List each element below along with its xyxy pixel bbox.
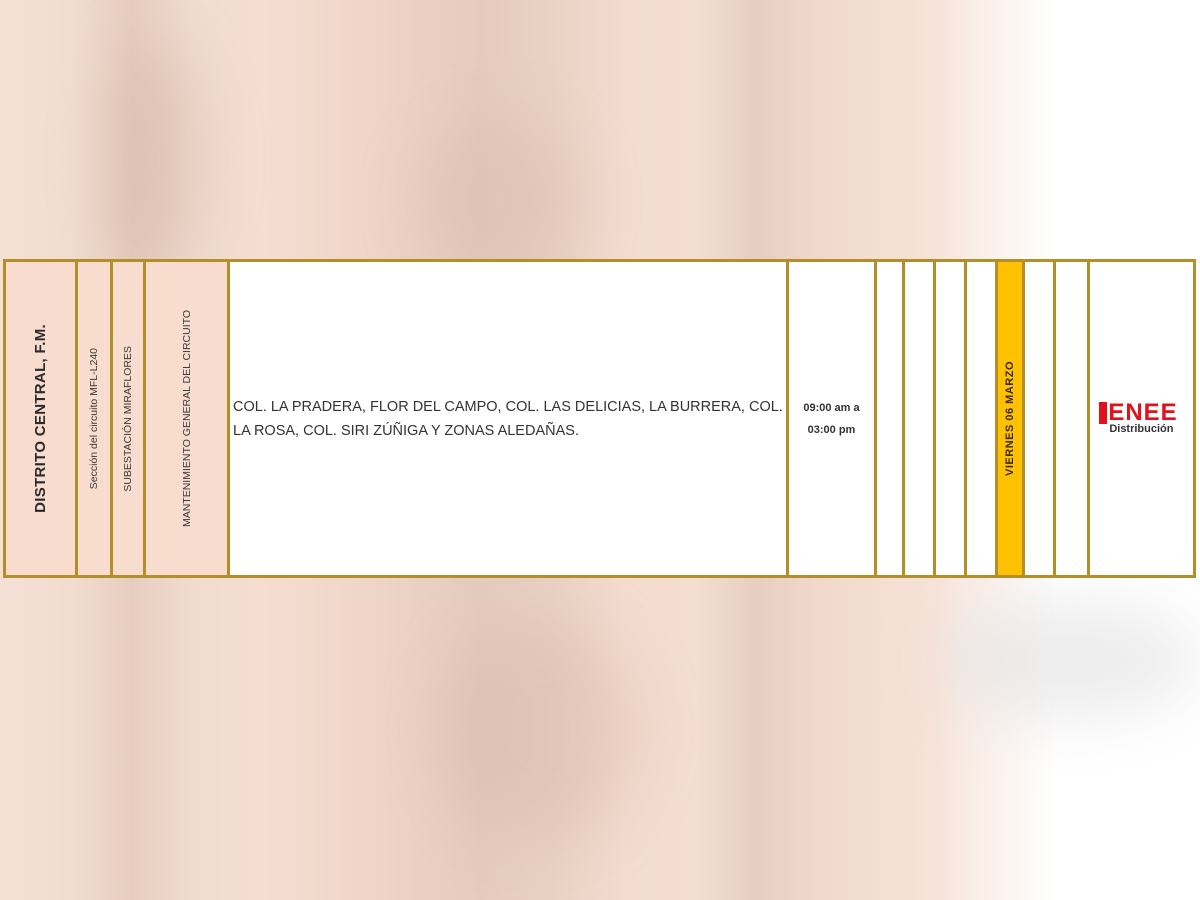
enee-logo: ENEE Distribución — [1099, 402, 1177, 435]
background-blur — [110, 40, 200, 280]
work-type-cell: MANTENIMIENTO GENERAL DEL CIRCUITO — [143, 262, 227, 575]
empty-cell — [1053, 262, 1087, 575]
empty-cell — [933, 262, 964, 575]
empty-cell — [874, 262, 902, 575]
circuit-section-cell: Sección del circuito MFL-L240 — [75, 262, 110, 575]
date-cell: VIERNES 06 MARZO — [995, 262, 1022, 575]
schedule-end: 03:00 pm — [803, 419, 859, 441]
background-blur — [940, 600, 1200, 720]
enee-logo-icon — [1099, 402, 1107, 424]
empty-cell — [902, 262, 933, 575]
affected-areas-text: COL. LA PRADERA, FLOR DEL CAMPO, COL. LA… — [230, 395, 786, 443]
outage-notice-table: DISTRITO CENTRAL, F.M. Sección del circu… — [3, 259, 1196, 578]
background-blur — [420, 120, 580, 280]
work-type-label: MANTENIMIENTO GENERAL DEL CIRCUITO — [181, 310, 193, 527]
affected-areas-cell: COL. LA PRADERA, FLOR DEL CAMPO, COL. LA… — [227, 262, 786, 575]
region-cell: DISTRITO CENTRAL, F.M. — [3, 262, 75, 575]
circuit-section-label: Sección del circuito MFL-L240 — [88, 348, 100, 489]
logo-cell: ENEE Distribución — [1087, 262, 1196, 575]
empty-cell — [964, 262, 995, 575]
date-label: VIERNES 06 MARZO — [1004, 361, 1016, 476]
schedule-start: 09:00 am a — [803, 397, 859, 419]
substation-cell: SUBESTACIÓN MIRAFLORES — [110, 262, 143, 575]
substation-label: SUBESTACIÓN MIRAFLORES — [122, 346, 134, 492]
schedule-text: 09:00 am a 03:00 pm — [803, 397, 859, 441]
region-label: DISTRITO CENTRAL, F.M. — [32, 324, 49, 513]
empty-cell — [1022, 262, 1053, 575]
logo-name: ENEE — [1108, 402, 1177, 424]
background-blur — [440, 620, 640, 840]
logo-subtitle: Distribución — [1109, 423, 1173, 435]
schedule-cell: 09:00 am a 03:00 pm — [786, 262, 874, 575]
